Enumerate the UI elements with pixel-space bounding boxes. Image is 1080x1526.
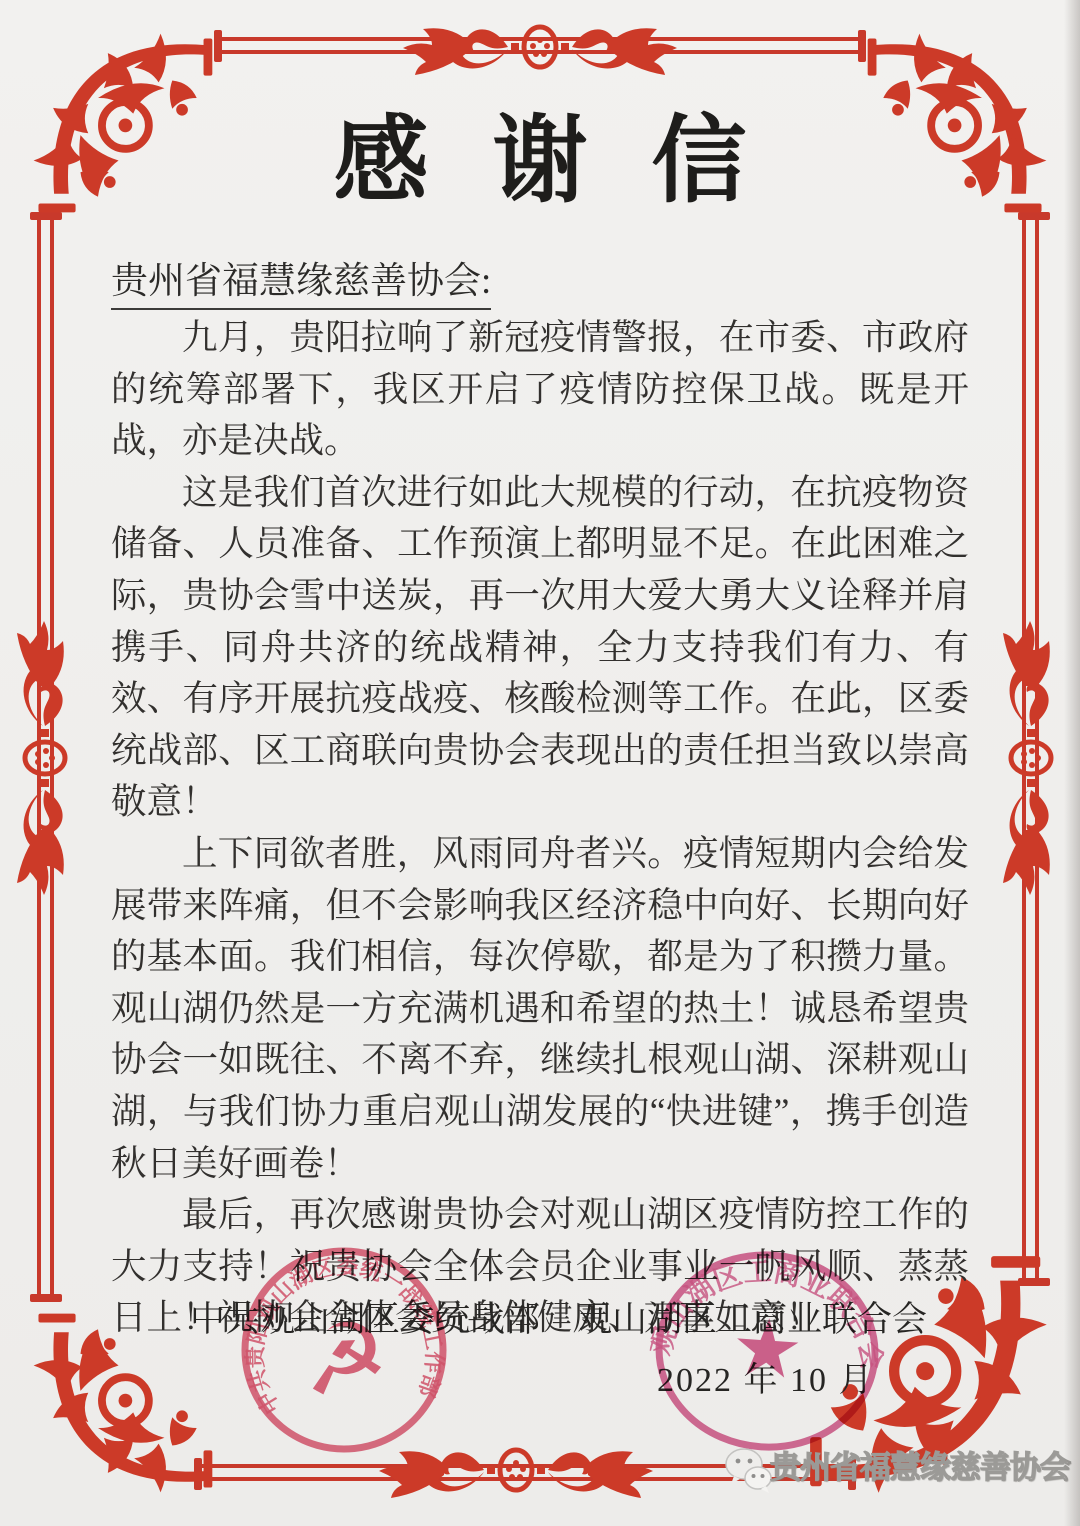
wechat-icon bbox=[722, 1444, 774, 1496]
star-icon: ★ bbox=[728, 1300, 806, 1398]
border-ornament-top bbox=[390, 15, 690, 79]
paragraph: 上下同欲者胜，风雨同舟者兴。疫情短期内会给发展带来阵痛，但不会影响我区经济稳中向… bbox=[111, 828, 969, 1189]
letter-title: 感谢信 bbox=[0, 112, 1080, 212]
border-ornament-left bbox=[13, 608, 77, 908]
salutation: 贵州省福慧缘慈善协会: bbox=[111, 250, 491, 310]
official-account-name: 贵州省福慧缘慈善协会 bbox=[770, 1442, 1070, 1487]
hammer-sickle-icon: ☭ bbox=[296, 1299, 393, 1419]
stamp-industry-commerce-federation: 观山湖区工商业联合会 ★ bbox=[643, 1236, 891, 1466]
paragraph: 这是我们首次进行如此大规模的行动，在抗疫物资储备、人员准备、工作预演上都明显不足… bbox=[111, 467, 969, 828]
paragraph: 九月，贵阳拉响了新冠疫情警报，在市委、市政府的统筹部署下，我区开启了疫情防控保卫… bbox=[111, 312, 969, 467]
letter-body: 九月，贵阳拉响了新冠疫情警报，在市委、市政府的统筹部署下，我区开启了疫情防控保卫… bbox=[111, 312, 969, 1344]
thank-you-letter-page: 感谢信 贵州省福慧缘慈善协会: 九月，贵阳拉响了新冠疫情警报，在市委、市政府的统… bbox=[0, 0, 1080, 1526]
border-ornament-right bbox=[999, 608, 1063, 908]
stamp-united-front-dept: 中共贵阳观山湖区委统一战线工作部 ☭ bbox=[225, 1231, 462, 1468]
